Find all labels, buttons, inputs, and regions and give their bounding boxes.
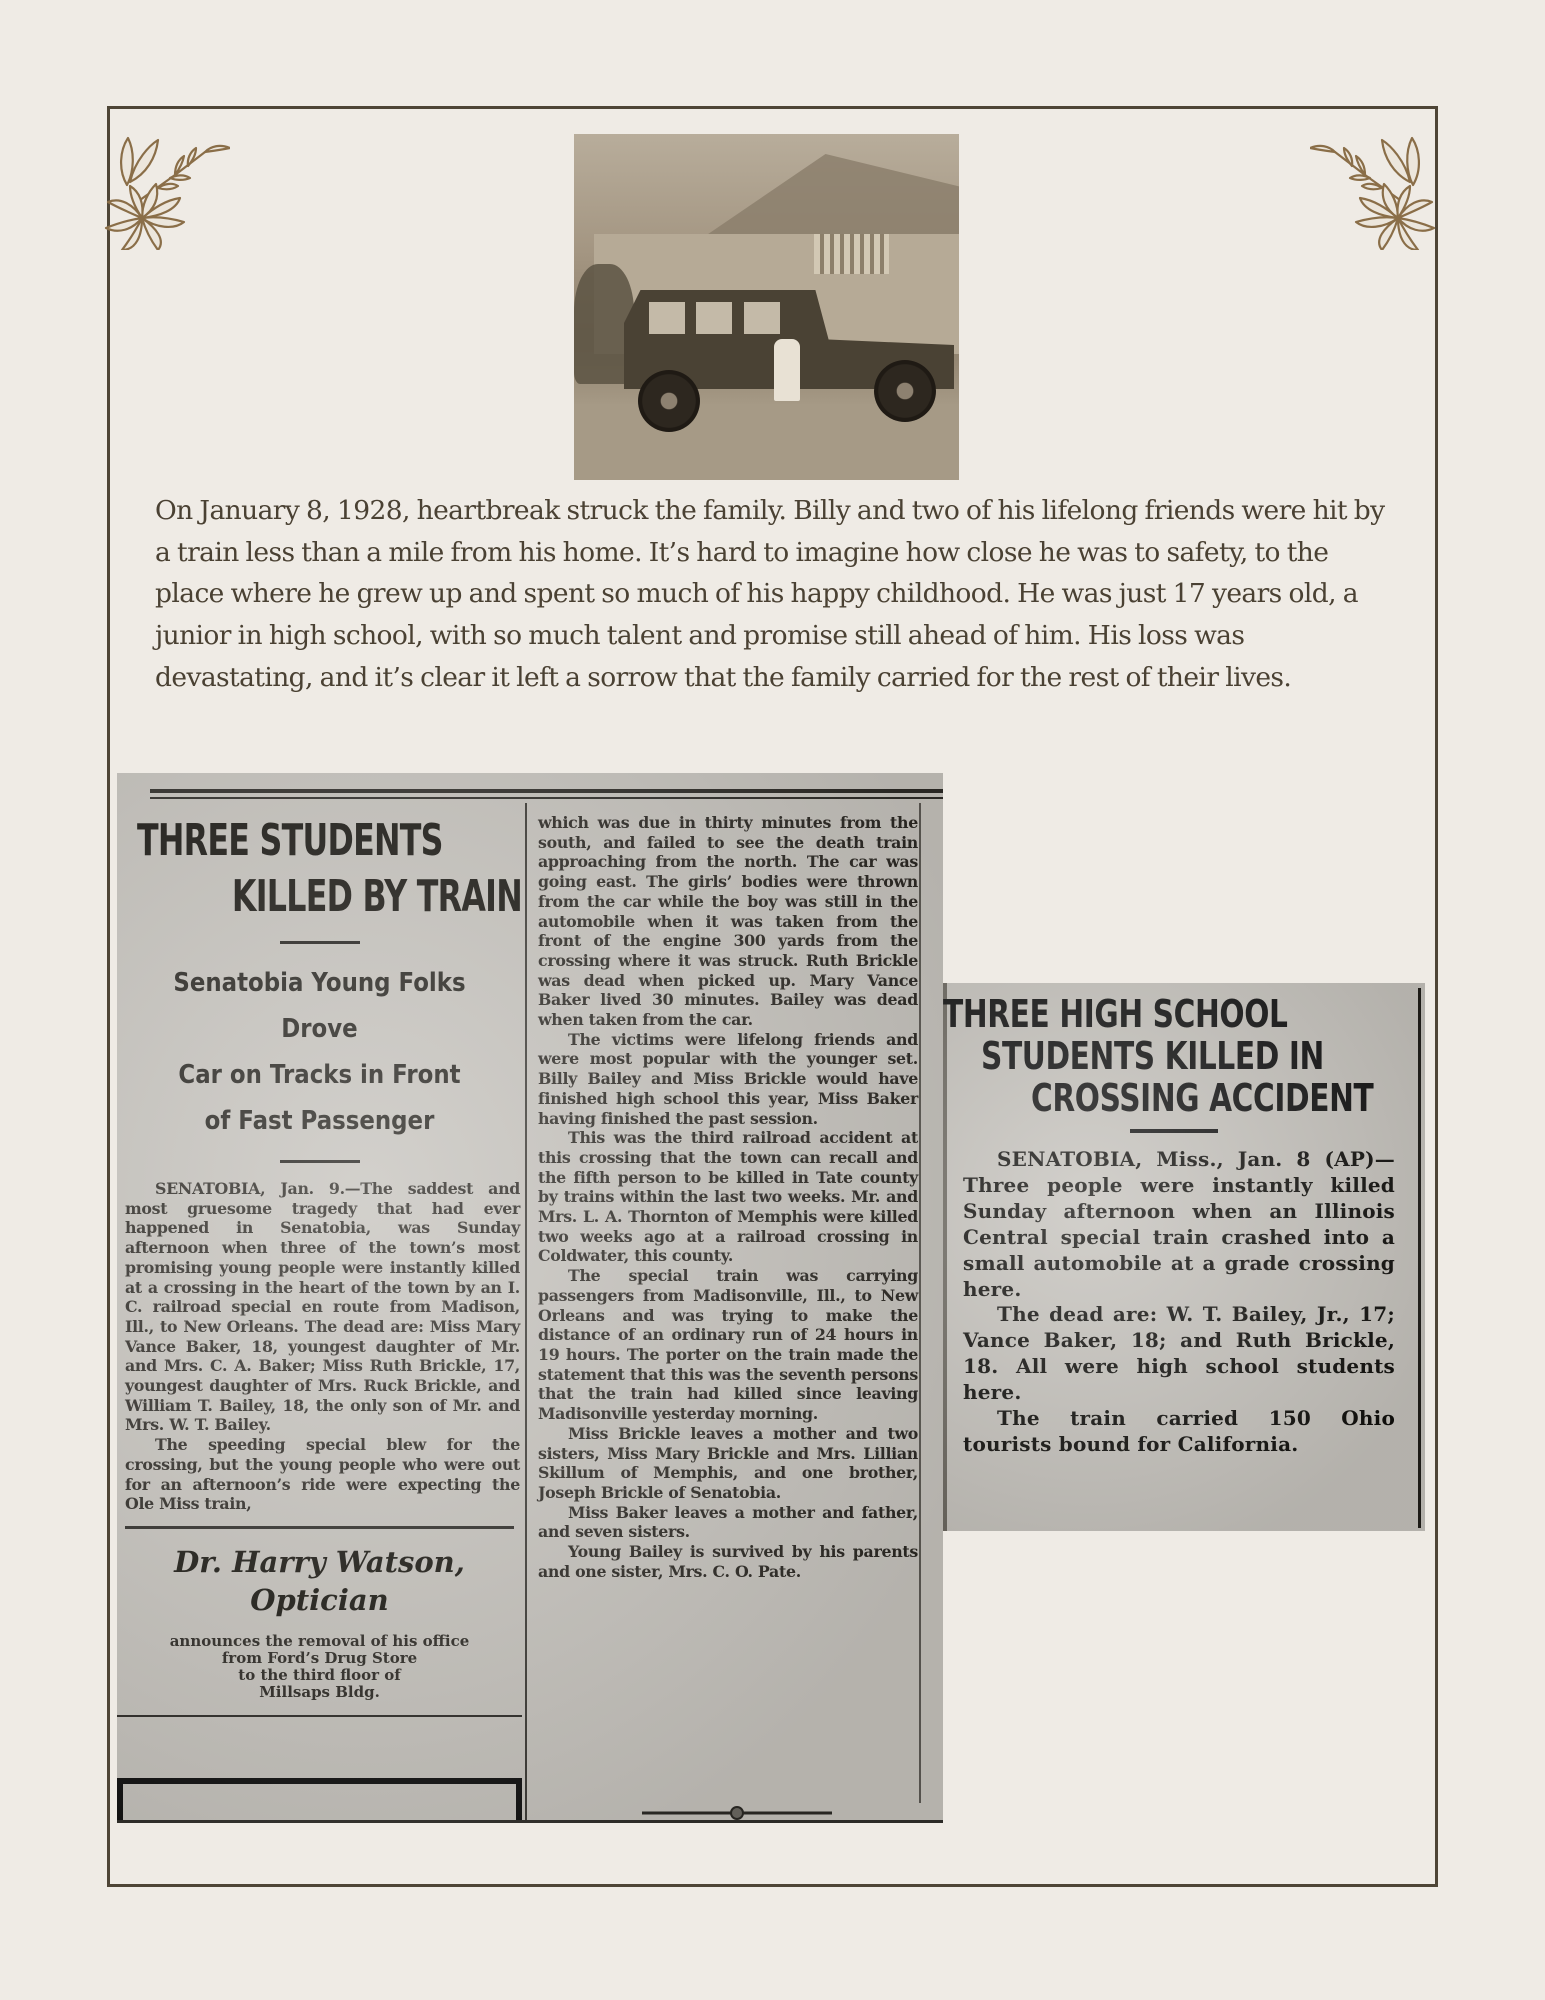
article-paragraph: which was due in thirty minutes from the… — [538, 813, 918, 1030]
column-divider — [525, 803, 527, 1823]
clipping-headline: THREE STUDENTS — [137, 813, 414, 869]
article-paragraph: The train carried 150 Ohio tourists boun… — [963, 1406, 1395, 1458]
clipping-headline: CROSSING ACCIDENT — [1031, 1077, 1338, 1119]
next-ad-box — [117, 1778, 522, 1823]
photo-car-window — [744, 302, 780, 334]
photo-car-window — [696, 302, 732, 334]
article-paragraph: The speeding special blew for the crossi… — [125, 1435, 520, 1514]
photo-car-window — [649, 302, 685, 334]
clipping-left-column: THREE STUDENTS KILLED BY TRAIN Senatobia… — [117, 813, 522, 1731]
clipping-headline: STUDENTS KILLED IN — [981, 1035, 1327, 1077]
photo-man — [774, 339, 800, 401]
floral-corner-icon — [80, 100, 230, 250]
floral-corner-icon — [1310, 100, 1460, 250]
article-body-left: SENATOBIA, Jan. 9.—The saddest and most … — [117, 1179, 522, 1514]
ad-line: Millsaps Bldg. — [117, 1684, 522, 1701]
subhead-rule — [280, 1160, 360, 1163]
clipping-headline: THREE HIGH SCHOOL — [943, 993, 1319, 1035]
newspaper-clipping-secondary: THREE HIGH SCHOOL STUDENTS KILLED IN CRO… — [943, 983, 1425, 1531]
article-paragraph: The special train was carrying passenger… — [538, 1266, 918, 1424]
headline-rule — [1130, 1129, 1218, 1133]
article-body: SENATOBIA, Miss., Jan. 8 (AP)—Three peop… — [943, 1147, 1425, 1458]
clipping-headline: KILLED BY TRAIN — [230, 869, 522, 925]
clipping-subhead: Senatobia Young Folks Drove — [141, 960, 497, 1052]
article-paragraph: Young Bailey is survived by his parents … — [538, 1542, 918, 1581]
photo-house-roof — [644, 154, 959, 244]
ad-line: announces the removal of his office — [117, 1633, 522, 1650]
article-paragraph: Miss Baker leaves a mother and father, a… — [538, 1503, 918, 1542]
ad-title: Dr. Harry Watson, — [117, 1543, 522, 1581]
clipping-subhead: Car on Tracks in Front — [141, 1052, 497, 1098]
ad-body: announces the removal of his office from… — [117, 1633, 522, 1701]
end-ornament-icon — [642, 1806, 832, 1820]
newspaper-clipping-main: THREE STUDENTS KILLED BY TRAIN Senatobia… — [117, 773, 943, 1823]
ad-divider — [117, 1715, 522, 1717]
clipping-right-column: which was due in thirty minutes from the… — [530, 813, 922, 1581]
clipping-top-rule — [150, 797, 943, 799]
ad-line: to the third floor of — [117, 1667, 522, 1684]
photo-awning — [814, 234, 889, 274]
photo-car-wheel — [638, 370, 700, 432]
ad-line: from Ford’s Drug Store — [117, 1650, 522, 1667]
article-paragraph: The dead are: W. T. Bailey, Jr., 17; Van… — [963, 1302, 1395, 1406]
article-paragraph: SENATOBIA, Miss., Jan. 8 (AP)—Three peop… — [963, 1147, 1395, 1302]
column-rule — [1418, 988, 1421, 1528]
article-paragraph: Miss Brickle leaves a mother and two sis… — [538, 1424, 918, 1503]
article-paragraph: The victims were lifelong friends and we… — [538, 1030, 918, 1129]
clipping-subhead: of Fast Passenger — [141, 1098, 497, 1144]
vintage-car-photo — [574, 134, 959, 480]
ad-divider — [125, 1526, 514, 1529]
article-paragraph: This was the third railroad accident at … — [538, 1128, 918, 1266]
clipping-bottom-rule — [117, 1820, 943, 1823]
photo-car-wheel — [874, 360, 936, 422]
ad-title: Optician — [117, 1581, 522, 1619]
clipping-top-rule — [150, 789, 943, 793]
headline-rule — [280, 941, 360, 944]
article-body-right: which was due in thirty minutes from the… — [530, 813, 922, 1581]
clipping-edge — [943, 983, 947, 1531]
narrative-paragraph: On January 8, 1928, heartbreak struck th… — [155, 490, 1400, 699]
article-paragraph: SENATOBIA, Jan. 9.—The saddest and most … — [125, 1179, 520, 1435]
